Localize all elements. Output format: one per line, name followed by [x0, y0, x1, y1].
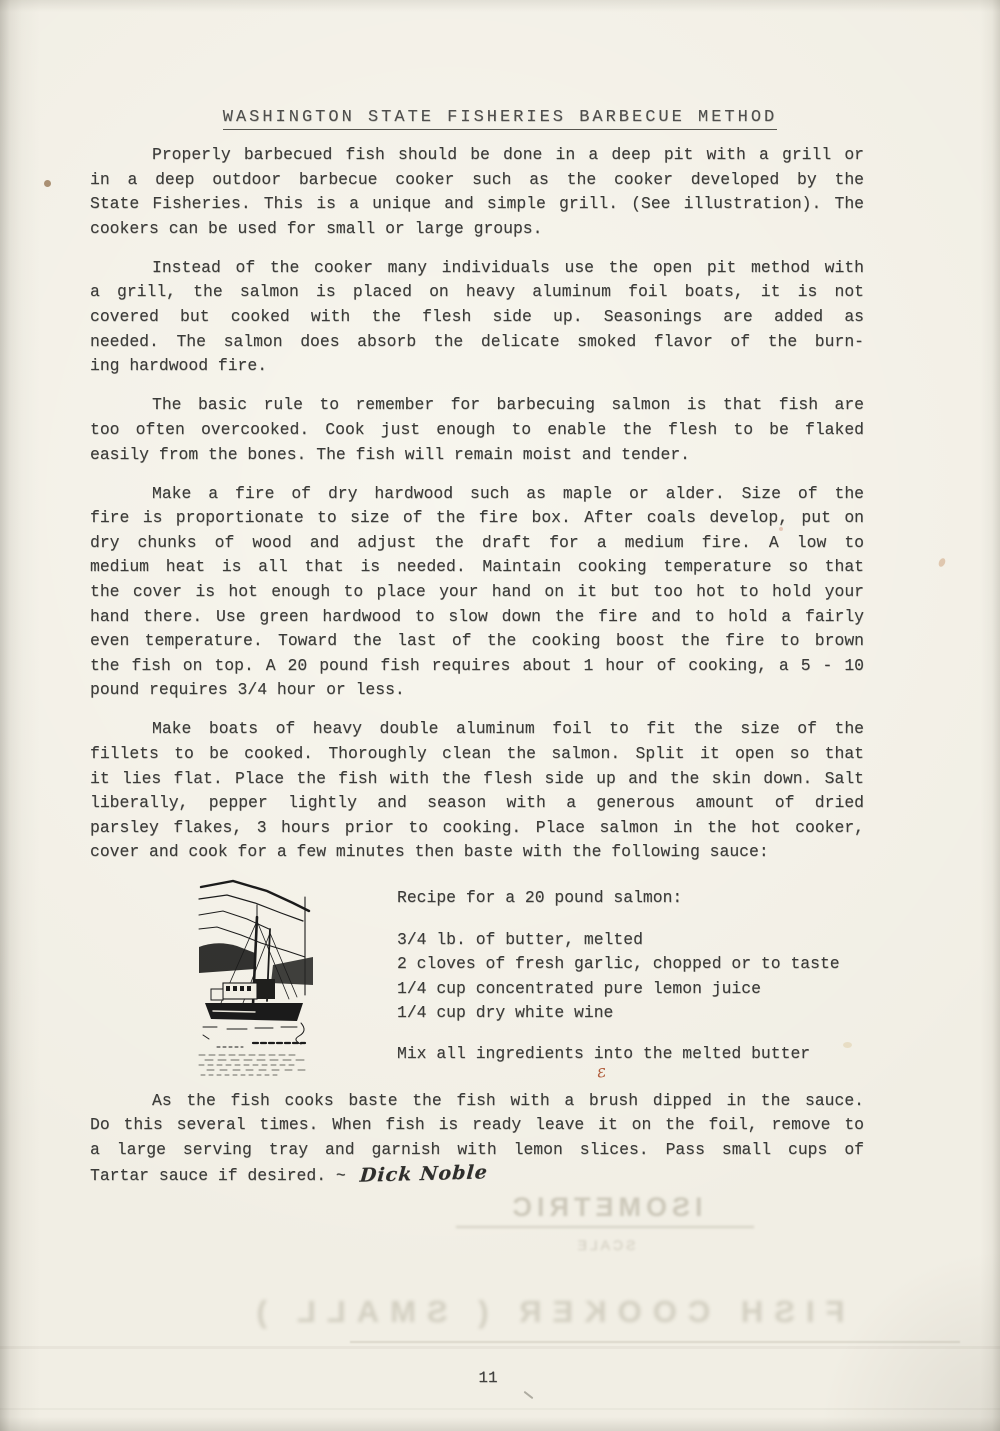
- text-line: hand there. Use green hardwood to slow d…: [90, 605, 864, 630]
- text-line: Do this several times. When fish is read…: [90, 1113, 864, 1138]
- text-line: even temperature. Toward the last of the…: [90, 629, 864, 654]
- text-line: Properly barbecued fish should be done i…: [90, 143, 864, 168]
- page-number: 11: [0, 1369, 988, 1387]
- bleedthrough-rule: [456, 1226, 754, 1228]
- paper-stain: [44, 180, 51, 187]
- text-line: the cover is hot enough to place your ha…: [90, 580, 864, 605]
- closing-text: Tartar sauce if desired. ~: [90, 1166, 356, 1185]
- recipe-heading: Recipe for a 20 pound salmon:: [397, 886, 864, 911]
- paragraph-open-pit: Instead of the cooker many individuals u…: [90, 256, 864, 379]
- paper-stain: [779, 527, 783, 531]
- text-line: State Fisheries. This is a unique and si…: [90, 192, 864, 217]
- text-line: fire is proportionate to size of the fir…: [90, 506, 864, 531]
- text-line: ing hardwood fire.: [90, 354, 864, 379]
- page-title: WASHINGTON STATE FISHERIES BARBECUE METH…: [0, 94, 1000, 131]
- text-line: a large serving tray and garnish with le…: [90, 1138, 864, 1163]
- text-line: too often overcooked. Cook just enough t…: [90, 418, 864, 443]
- text-line: As the fish cooks baste the fish with a …: [90, 1089, 864, 1114]
- text-line: parsley flakes, 3 hours prior to cooking…: [90, 816, 864, 841]
- recipe-ingredient-list: 3/4 lb. of butter, melted 2 cloves of fr…: [397, 928, 864, 1026]
- text-line: Make boats of heavy double aluminum foil…: [90, 717, 864, 742]
- text-line: The basic rule to remember for barbecuin…: [90, 393, 864, 418]
- paragraph-fire: Make a fire of dry hardwood such as mapl…: [90, 482, 864, 703]
- fishing-boat-illustration: [197, 877, 315, 1077]
- author-signature: Dick Noble: [358, 1161, 488, 1189]
- text-line: covered but cooked with the flesh side u…: [90, 305, 864, 330]
- bleedthrough-text: FISH COOKER ( SMALL ): [185, 1294, 905, 1330]
- text-line: medium heat is all that is needed. Maint…: [90, 555, 864, 580]
- paper-scratch: [524, 1391, 534, 1399]
- page-title-text: WASHINGTON STATE FISHERIES BARBECUE METH…: [223, 108, 777, 130]
- bleedthrough-rule: [350, 1341, 960, 1343]
- text-line: the fish on top. A 20 pound fish require…: [90, 654, 864, 679]
- bleedthrough-text: SCALE: [430, 1237, 780, 1253]
- text-line: dry chunks of wood and adjust the draft …: [90, 531, 864, 556]
- text-line: in a deep outdoor barbecue cooker such a…: [90, 168, 864, 193]
- text-line: needed. The salmon does absorb the delic…: [90, 330, 864, 355]
- recipe-ingredient: 2 cloves of fresh garlic, chopped or to …: [397, 952, 864, 977]
- text-line: cover and cook for a few minutes then ba…: [90, 840, 864, 865]
- paragraph-foil-boats: Make boats of heavy double aluminum foil…: [90, 717, 864, 865]
- paper-crease: [0, 1408, 1000, 1410]
- text-line: Make a fire of dry hardwood such as mapl…: [90, 482, 864, 507]
- recipe-ingredient: 3/4 lb. of butter, melted: [397, 928, 864, 953]
- text-line: a grill, the salmon is placed on heavy a…: [90, 280, 864, 305]
- recipe-ingredient: 1/4 cup dry white wine: [397, 1001, 864, 1026]
- text-line: Instead of the cooker many individuals u…: [90, 256, 864, 281]
- recipe-instruction: Mix all ingredients into the melted butt…: [397, 1042, 864, 1067]
- paper-stain: [937, 557, 946, 568]
- paragraph-intro: Properly barbecued fish should be done i…: [90, 143, 864, 241]
- text-line: easily from the bones. The fish will rem…: [90, 443, 864, 468]
- closing-paragraph: As the fish cooks baste the fish with a …: [90, 1089, 864, 1189]
- text-line: fillets to be cooked. Thoroughly clean t…: [90, 742, 864, 767]
- text-line: it lies flat. Place the fish with the fl…: [90, 767, 864, 792]
- paper-stain: [843, 1042, 852, 1048]
- text-line: pound requires 3/4 hour or less.: [90, 678, 864, 703]
- text-line: cookers can be used for small or large g…: [90, 217, 864, 242]
- scanned-recipe-page: WASHINGTON STATE FISHERIES BARBECUE METH…: [0, 0, 1000, 1431]
- paragraph-basic-rule: The basic rule to remember for barbecuin…: [90, 393, 864, 467]
- paper-crease: [0, 1346, 1000, 1349]
- text-line-with-signature: Tartar sauce if desired. ~ Dick Noble: [90, 1162, 864, 1189]
- recipe-ingredient: 1/4 cup concentrated pure lemon juice: [397, 977, 864, 1002]
- text-line: liberally, pepper lightly and season wit…: [90, 791, 864, 816]
